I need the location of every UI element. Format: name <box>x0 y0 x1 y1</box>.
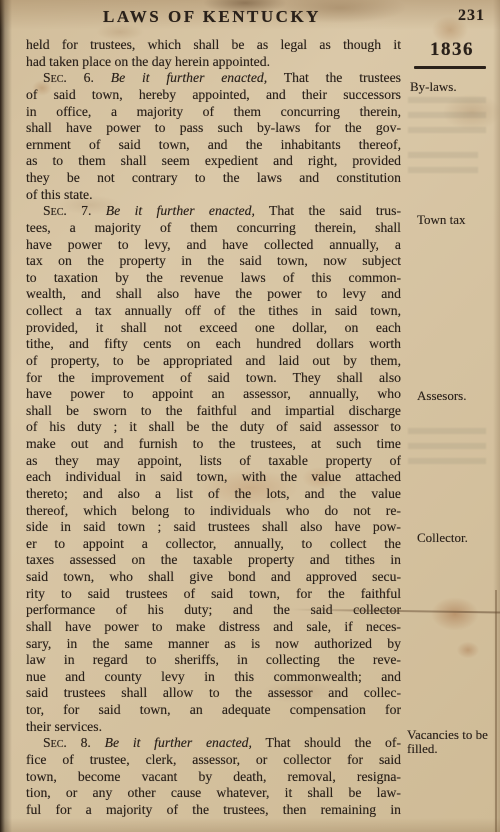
text-segment: 6. <box>67 70 111 85</box>
text-line: have power to levy, and have collected a… <box>26 237 401 254</box>
text-line: taxes assessed on the taxable property a… <box>26 552 401 569</box>
text-line: said trustees shall allow to the assesso… <box>26 685 401 702</box>
text-line: provided, it shall not exceed one dollar… <box>26 320 401 337</box>
text-line: ful for a majority of the trustees, then… <box>26 802 401 819</box>
text-line: to taxation by the revenue laws of this … <box>26 270 401 287</box>
text-line: they be not contrary to the laws and con… <box>26 170 401 187</box>
running-header-title: LAWS OF KENTUCKY <box>0 7 424 27</box>
text-line: shall have power to make distress and sa… <box>26 619 401 636</box>
text-line: as to them shall seem expedient and righ… <box>26 153 401 170</box>
text-line: tees, a majority of them concurring ther… <box>26 220 401 237</box>
text-line: tion, or any other cause whatever, it sh… <box>26 785 401 802</box>
italic-phrase: Be it further enacted, <box>105 735 252 750</box>
text-line: shall have power to pass such by-laws fo… <box>26 120 401 137</box>
text-line: Sec. 8. Be it further enacted, That shou… <box>26 735 401 752</box>
text-line: nue and county levy in this commonwealth… <box>26 669 401 686</box>
book-page: LAWS OF KENTUCKY 231 held for trustees, … <box>0 0 500 832</box>
text-segment: That should the of- <box>252 735 401 750</box>
margin-note-assessors: Assesors. <box>417 389 466 403</box>
section-label: Sec. <box>43 735 67 750</box>
text-line: law in regard to sheriffs, in collecting… <box>26 652 401 669</box>
margin-note-town-tax: Town tax <box>417 213 466 227</box>
italic-phrase: Be it further enacted, <box>106 203 255 218</box>
text-line: thereof, which belong to individuals who… <box>26 503 401 520</box>
italic-phrase: Be it further enacted, <box>111 70 267 85</box>
text-line: tax on the property in the said town, no… <box>26 253 401 270</box>
margin-year-rule <box>414 66 486 69</box>
text-line: Sec. 6. Be it further enacted, That the … <box>26 70 401 87</box>
text-line: fice of trustee, clerk, assessor, or col… <box>26 752 401 769</box>
text-line: of this state. <box>26 187 401 204</box>
margin-note-collector: Collector. <box>417 531 468 545</box>
text-segment: 7. <box>67 203 106 218</box>
text-line: of property, to be appropriated and laid… <box>26 353 401 370</box>
text-segment: That the trustees <box>267 70 401 85</box>
text-line: tor, for said town, an adequate compensa… <box>26 702 401 719</box>
margin-note-vacancies: Vacancies to be filled. <box>407 728 497 755</box>
text-line: for the improvement of said town. They s… <box>26 370 401 387</box>
show-through-smudge <box>408 428 486 472</box>
text-line: make out and furnish to the trustees, at… <box>26 436 401 453</box>
text-segment: That the said trus- <box>255 203 401 218</box>
text-line: tithe, and fifty cents on each hundred d… <box>26 336 401 353</box>
text-line: their services. <box>26 719 401 736</box>
text-line: ernment of said town, and the inhabitant… <box>26 137 401 154</box>
section-label: Sec. <box>43 70 67 85</box>
text-line: of his duty ; it shall be the duty of sa… <box>26 419 401 436</box>
page-number: 231 <box>458 7 485 25</box>
text-line: have power to appoint an assessor, annua… <box>26 386 401 403</box>
text-line: wealth, and shall also have the power to… <box>26 286 401 303</box>
text-line: Sec. 7. Be it further enacted, That the … <box>26 203 401 220</box>
margin-year-label: 1836 <box>406 39 498 61</box>
text-line: held for trustees, which shall be as leg… <box>26 37 401 54</box>
section-label: Sec. <box>43 203 67 218</box>
text-line: shall be sworn to the faithful and impar… <box>26 403 401 420</box>
margin-note-bylaws: By-laws. <box>410 80 457 94</box>
text-line: each individual in said town, with the v… <box>26 469 401 486</box>
text-segment: 8. <box>67 735 105 750</box>
text-line: sary, in the same manner as is now autho… <box>26 636 401 653</box>
body-text: held for trustees, which shall be as leg… <box>26 37 401 818</box>
text-line: of said town, hereby appointed, and thei… <box>26 87 401 104</box>
text-line: as they may appoint, lists of taxable pr… <box>26 453 401 470</box>
text-line: said town, who shall give bond and appro… <box>26 569 401 586</box>
text-line: er to appoint a collector, annually, to … <box>26 536 401 553</box>
page-edge-crease <box>495 590 497 832</box>
text-line: rity to said trustees of said town, for … <box>26 586 401 603</box>
show-through-smudge <box>408 152 478 182</box>
show-through-smudge <box>408 97 486 135</box>
text-line: collect a tax annually off of the tithes… <box>26 303 401 320</box>
text-line: had taken place on the day herein appoin… <box>26 54 401 71</box>
text-line: in office, a majority of them concurring… <box>26 104 401 121</box>
text-line: town, become vacant by death, removal, r… <box>26 769 401 786</box>
text-line: side in said town ; said trustees shall … <box>26 519 401 536</box>
text-line: thereto; and also a list of the lots, an… <box>26 486 401 503</box>
